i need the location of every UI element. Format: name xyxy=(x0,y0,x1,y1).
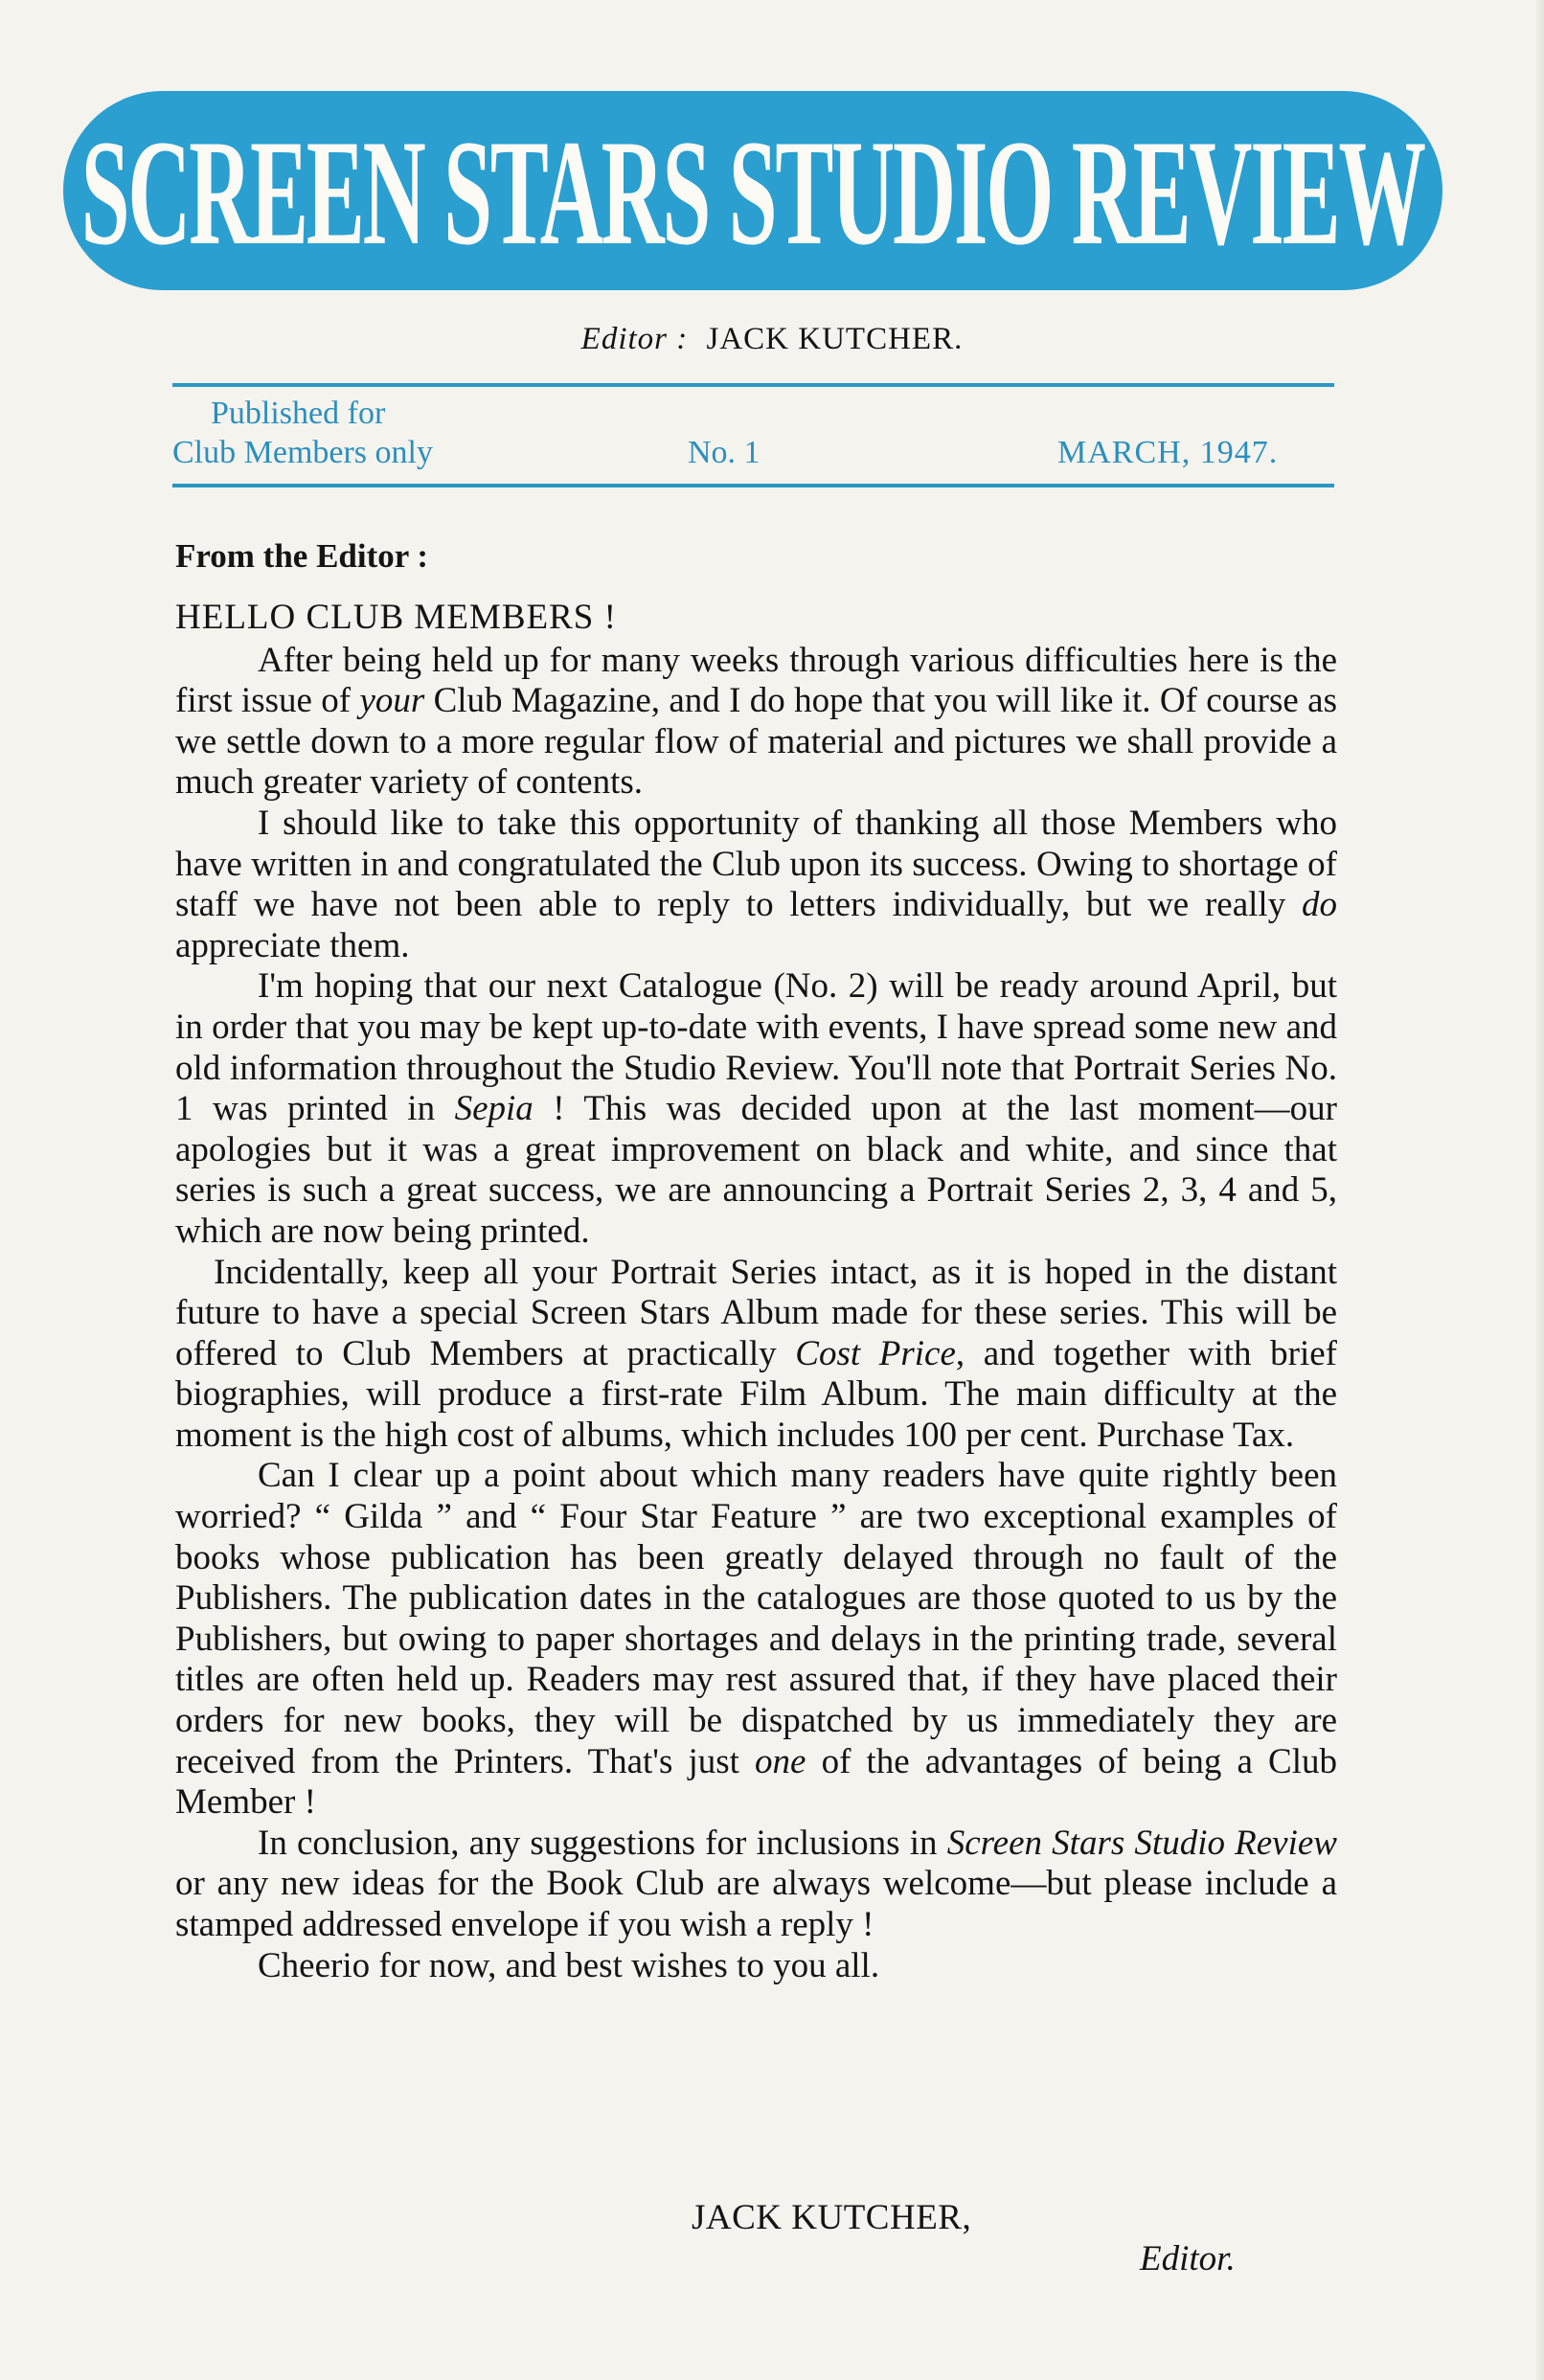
bottom-rule-divider xyxy=(172,484,1334,487)
masthead-banner: SCREEN STARS STUDIO REVIEW xyxy=(63,91,1442,290)
article-paragraph: I'm hoping that our next Catalogue (No. … xyxy=(175,966,1337,1252)
editor-credit: Editor : JACK KUTCHER. xyxy=(0,322,1544,357)
italic-emphasis: Screen Stars Studio Review xyxy=(947,1824,1337,1863)
article-paragraph: Cheerio for now, and best wishes to you … xyxy=(175,1946,1337,1987)
italic-emphasis: one xyxy=(755,1742,806,1781)
editor-letter: From the Editor : HELLO CLUB MEMBERS ! A… xyxy=(175,536,1337,1986)
italic-emphasis: your xyxy=(359,681,424,720)
issue-date: MARCH, 1947. xyxy=(1057,434,1278,473)
top-rule-divider xyxy=(172,383,1334,387)
editor-label: Editor : xyxy=(581,322,689,356)
article-paragraph: I should like to take this opportunity o… xyxy=(175,804,1337,966)
magazine-title: SCREEN STARS STUDIO REVIEW xyxy=(81,118,1424,269)
signature-title: Editor. xyxy=(1140,2238,1236,2279)
article-paragraph: In conclusion, any suggestions for inclu… xyxy=(175,1824,1337,1946)
paragraph-text: I should like to take this opportunity o… xyxy=(175,804,1337,924)
italic-emphasis: Cost Price xyxy=(795,1334,956,1373)
issue-number: No. 1 xyxy=(688,434,761,473)
publication-notice: Published for Club Members only xyxy=(172,395,556,473)
paragraph-text: or any new ideas for the Book Club are a… xyxy=(175,1864,1337,1944)
italic-emphasis: Sepia xyxy=(455,1089,534,1128)
signature-name: JACK KUTCHER, xyxy=(692,2197,971,2238)
editor-name: JACK KUTCHER. xyxy=(706,322,963,356)
article-heading: From the Editor : xyxy=(175,536,1337,577)
article-paragraph: Incidentally, keep all your Portrait Ser… xyxy=(175,1253,1337,1457)
italic-emphasis: do xyxy=(1302,885,1337,924)
paragraph-text: In conclusion, any suggestions for inclu… xyxy=(258,1824,947,1863)
paragraph-text: Can I clear up a point about which many … xyxy=(175,1456,1337,1780)
paragraph-text: appreciate them. xyxy=(175,926,409,965)
article-body: After being held up for many weeks throu… xyxy=(175,641,1337,1987)
published-line-2: Club Members only xyxy=(172,434,556,473)
published-line-1: Published for xyxy=(172,395,556,434)
article-paragraph: After being held up for many weeks throu… xyxy=(175,641,1337,804)
paragraph-text: Cheerio for now, and best wishes to you … xyxy=(258,1946,879,1985)
greeting: HELLO CLUB MEMBERS ! xyxy=(175,598,1337,639)
article-paragraph: Can I clear up a point about which many … xyxy=(175,1456,1337,1823)
